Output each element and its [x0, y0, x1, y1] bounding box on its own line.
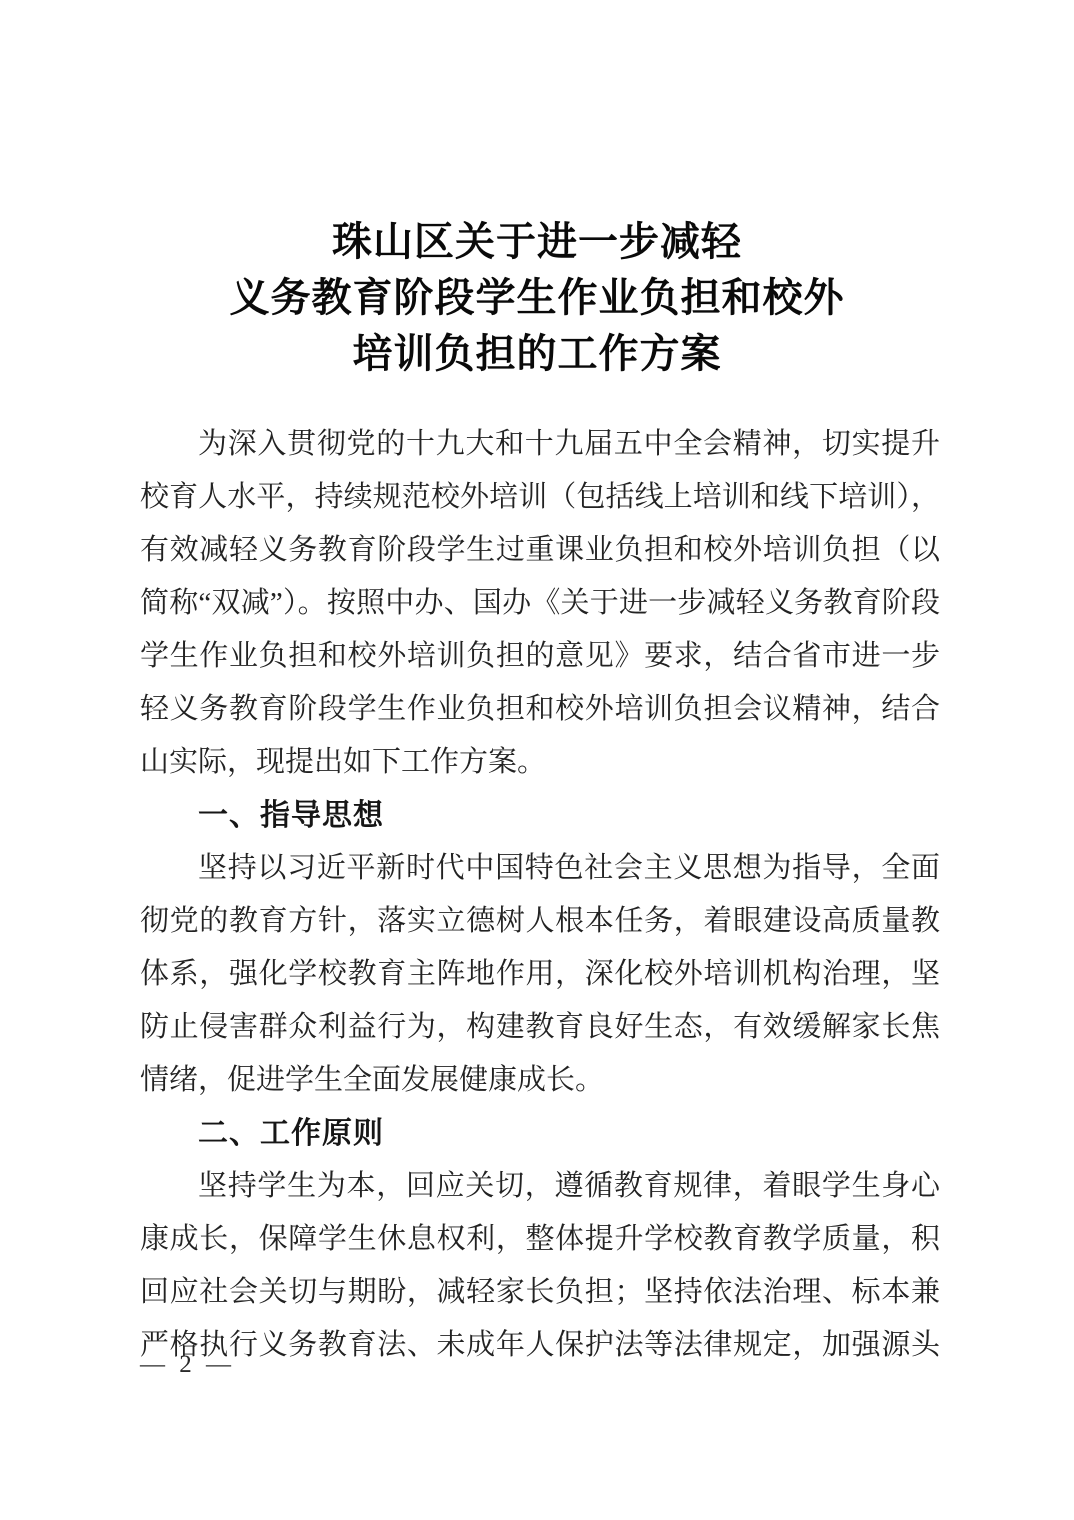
paragraph-work-principles: 坚持学生为本，回应关切，遵循教育规律，着眼学生身心健康成长，保障学生休息权利，整…	[140, 1160, 940, 1372]
body-text-line: 严格执行义务教育法、未成年人保护法等法律规定，加强源头治	[140, 1319, 940, 1372]
body-text-line: 为深入贯彻党的十九大和十九届五中全会精神，切实提升学	[140, 418, 940, 471]
body-text-line: 体系，强化学校教育主阵地作用，深化校外培训机构治理，坚决	[140, 948, 940, 1001]
body-text-line: 有效减轻义务教育阶段学生过重课业负担和校外培训负担（以下	[140, 524, 940, 577]
body-text-line: 回应社会关切与期盼，减轻家长负担；坚持依法治理、标本兼治，	[140, 1266, 940, 1319]
section-heading-work-principles: 二、工作原则	[140, 1107, 940, 1160]
body-text-line: 轻义务教育阶段学生作业负担和校外培训负担会议精神，结合珠	[140, 683, 940, 736]
document-title-line: 珠山区关于进一步减轻	[0, 214, 1074, 270]
body-text-line: 简称“双减”）。按照中办、国办《关于进一步减轻义务教育阶段	[140, 577, 940, 630]
page-number: — 2 —	[140, 1350, 235, 1380]
body-text-line: 康成长，保障学生休息权利，整体提升学校教育教学质量，积极	[140, 1213, 940, 1266]
document-title: 珠山区关于进一步减轻义务教育阶段学生作业负担和校外培训负担的工作方案	[0, 214, 1074, 382]
document-title-line: 培训负担的工作方案	[0, 326, 1074, 382]
body-text-line: 坚持学生为本，回应关切，遵循教育规律，着眼学生身心健	[140, 1160, 940, 1213]
document-body: 为深入贯彻党的十九大和十九届五中全会精神，切实提升学校育人水平，持续规范校外培训…	[140, 418, 940, 1372]
document-title-line: 义务教育阶段学生作业负担和校外	[0, 270, 1074, 326]
section-heading-guiding-ideology: 一、指导思想	[140, 789, 940, 842]
body-text-line: 情绪，促进学生全面发展健康成长。	[140, 1054, 940, 1107]
body-text-line: 校育人水平，持续规范校外培训（包括线上培训和线下培训），	[140, 471, 940, 524]
paragraph-intro: 为深入贯彻党的十九大和十九届五中全会精神，切实提升学校育人水平，持续规范校外培训…	[140, 418, 940, 789]
body-text-line: 彻党的教育方针，落实立德树人根本任务，着眼建设高质量教育	[140, 895, 940, 948]
body-text-line: 坚持以习近平新时代中国特色社会主义思想为指导，全面贯	[140, 842, 940, 895]
paragraph-guiding-ideology: 坚持以习近平新时代中国特色社会主义思想为指导，全面贯彻党的教育方针，落实立德树人…	[140, 842, 940, 1107]
body-text-line: 防止侵害群众利益行为，构建教育良好生态，有效缓解家长焦虑	[140, 1001, 940, 1054]
body-text-line: 山实际，现提出如下工作方案。	[140, 736, 940, 789]
body-text-line: 学生作业负担和校外培训负担的意见》要求，结合省市进一步减	[140, 630, 940, 683]
document-page: 珠山区关于进一步减轻义务教育阶段学生作业负担和校外培训负担的工作方案 为深入贯彻…	[0, 0, 1074, 1520]
